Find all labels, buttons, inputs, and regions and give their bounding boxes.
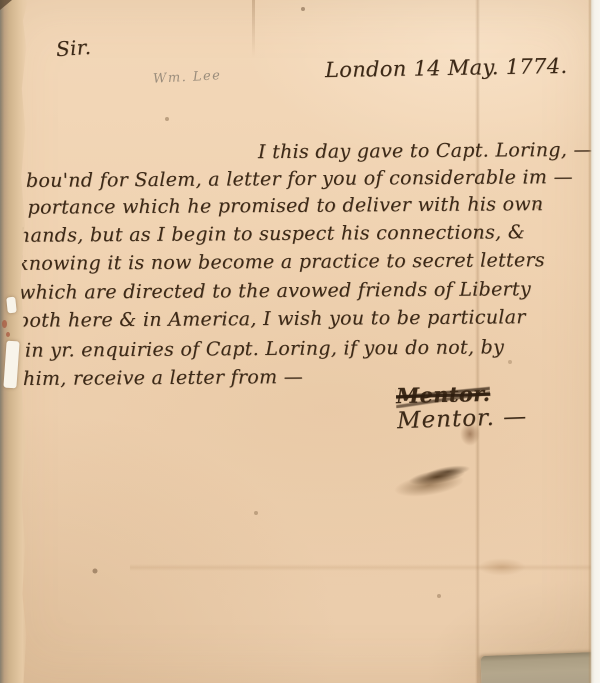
body-line: knowing it is now become a practice to s… <box>17 249 545 275</box>
salutation: Sir. <box>55 35 92 61</box>
body-line: him, receive a letter from — <box>23 366 303 390</box>
body-line: = portance which he promised to deliver … <box>5 193 544 219</box>
body-line: both here & in America, I wish you to be… <box>17 306 526 332</box>
pencil-annotation: Wm. Lee <box>153 68 222 87</box>
repair-patch <box>480 652 599 683</box>
body-line: I this day gave to Capt. Loring, — <box>258 139 593 163</box>
struck-out-signature: Mentor. <box>396 381 491 408</box>
top-fold-crease <box>252 0 255 58</box>
ink-blot <box>460 422 480 446</box>
body-line: hands, but as I begin to suspect his con… <box>18 221 525 247</box>
horizontal-fold-crease <box>130 564 600 571</box>
dateline: London 14 May. 1774. <box>325 54 568 82</box>
edge-stain-dot <box>2 320 7 328</box>
manuscript-letter-photo: Sir. Wm. Lee London 14 May. 1774. I this… <box>0 0 600 683</box>
body-line: bou'nd for Salem, a letter for you of co… <box>26 166 573 192</box>
fold-stain <box>478 558 526 576</box>
ink-smudge <box>386 457 480 505</box>
edge-stain-dot <box>6 332 10 337</box>
body-line: which are directed to the avowed friends… <box>19 278 531 304</box>
right-paper-edge <box>588 0 600 683</box>
paper-chip <box>6 297 17 314</box>
letter-page: Sir. Wm. Lee London 14 May. 1774. I this… <box>0 0 600 683</box>
body-line: in yr. enquiries of Capt. Loring, if you… <box>25 336 504 361</box>
